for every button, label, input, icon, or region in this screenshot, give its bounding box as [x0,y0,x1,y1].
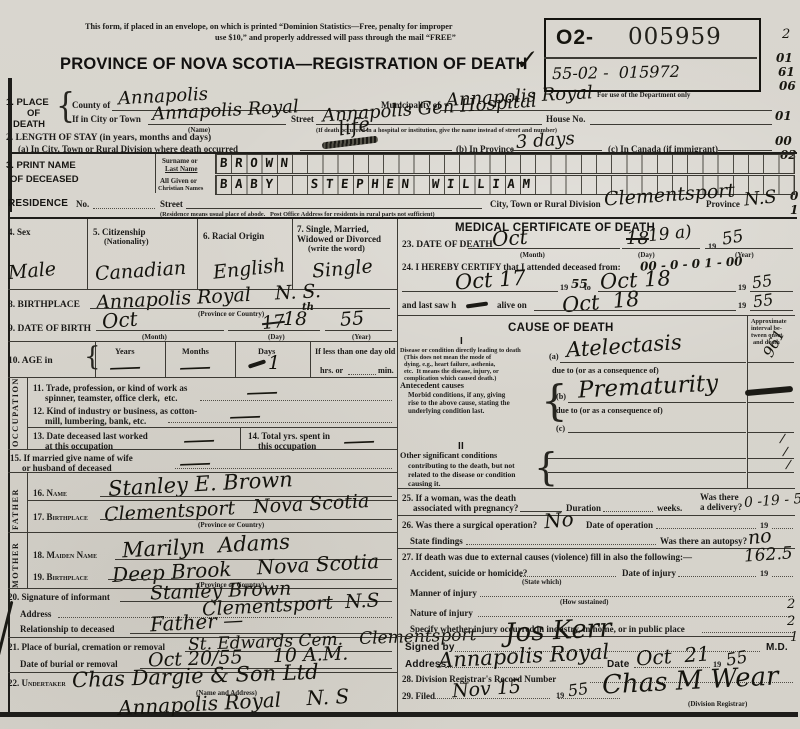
marital-value: Single [311,257,373,281]
dob-year-value: 55 [339,309,364,330]
rule [718,150,772,151]
age-months-value: — [177,359,214,376]
rule [402,291,558,292]
rule [747,472,794,473]
cause-c-label: (c) [556,424,565,434]
rule [534,310,736,311]
racial-origin-value: English [212,256,286,282]
rule [325,330,392,331]
last-saw-scribble [466,301,488,308]
rule [512,150,602,151]
undertaker-label: 22. Undertaker [8,678,66,689]
dob-label: 9. DATE OF BIRTH [8,324,91,335]
q15-value-dash: — [177,455,214,472]
q14-label2: this occupation [258,441,316,452]
s1-title-death: DEATH [13,119,45,130]
other-conditions-label: Other significant conditions [400,451,497,461]
age-years-value: — [107,359,144,376]
rule [747,458,794,459]
stamp-handwritten-number: 55-02 - 015972 [552,64,680,82]
rule [155,154,156,193]
rule [397,548,795,549]
other-conditions-line3: related to the disease or condition [408,470,515,479]
rule [27,532,28,588]
given-sublabel2: Christian Names [158,185,203,193]
age-less-than-day-label: If less than one day old [315,347,395,357]
q26-autopsy-label: Was there an autopsy? [660,536,747,547]
rule [27,472,28,532]
division-registrar-signature: Chas M Wear [601,663,779,698]
margin-code: 06 [779,80,796,92]
q27-state-which-note: (State which) [522,578,561,586]
age-days-value: 1 [268,354,280,373]
street-label: Street [291,114,314,125]
last-saw-year-printed: 19 [738,301,746,311]
q26-label: 26. Was there a surgical operation? [402,520,537,531]
margin-tick [782,447,789,457]
rule [200,400,392,401]
citizenship-sublabel: (Nationality) [104,237,149,247]
attended-to-year-value: 55 [751,273,773,292]
q27-label: 27. If death was due to external causes … [402,552,692,563]
q25-label2: associated with pregnancy? [413,503,518,514]
burial-place-label: 21. Place of burial, cremation or remova… [8,642,165,653]
rule [590,124,772,125]
residence-street-label: Street [160,199,183,210]
marital-label3: (write the word) [308,244,365,254]
surname-value: BROWN [219,157,296,170]
s3-title1: 3. PRINT NAME [6,160,76,171]
stray-pen-mark [0,601,13,670]
other-conditions-line2: contributing to the death, but not [408,461,515,470]
rule [560,362,746,363]
checkmark: ✓ [512,47,537,76]
rule [397,488,795,489]
birthplace-label: 8. BIRTHPLACE [8,300,80,311]
rule [656,528,756,529]
cause-roman-one: I [460,336,463,347]
margin-tick [785,460,792,470]
q26-findings-label: State findings [410,536,463,547]
last-saw-year-value: 55 [752,292,774,311]
cause-b-value: Prematurity [577,372,718,402]
rule [292,219,293,289]
father-side-label: FATHER [11,478,21,530]
last-saw-label: and last saw h [402,300,456,311]
dod-month-note: (Month) [520,251,545,259]
residence-province-label: Province [706,199,740,210]
dod-day-value: 19 a) [647,224,692,245]
interval-header4: and death [753,339,780,347]
mail-notice-line1: This form, if placed in an envelope, on … [85,22,453,32]
age-months-label: Months [182,347,209,357]
dob-day-superscript: th [302,303,314,313]
other-conditions-brace: { [534,448,558,486]
rule [548,472,746,473]
rule [397,515,795,516]
mother-maiden-label: 18. Maiden Name [33,550,97,561]
rule [468,248,620,249]
informant-address-label: Address [20,609,51,620]
rule [348,374,376,375]
rule [186,208,482,209]
rule [568,402,746,403]
age-min-label: min. [378,366,394,376]
birthplace-note: (Province or Country) [198,310,264,318]
q27-injury-year-printed: 19 [760,569,768,579]
attended-to-year-printed: 19 [738,283,746,293]
relationship-value: Father — [150,610,244,635]
rule [445,667,603,668]
rule [235,341,236,377]
rule [8,449,397,450]
rule [603,511,653,512]
q12-value-dash: — [227,408,264,425]
heavy-rule [8,217,797,219]
mother-birthplace-label: 19. Birthplace [33,572,88,583]
cause-b-label: (b) [556,392,566,402]
q25-weeks-label: weeks. [657,503,682,514]
rule [168,422,392,423]
county-label: County of [72,100,110,111]
occupation-side-label: OCCUPATION [11,381,21,447]
last-saw-date-value: Oct 18 [561,289,640,317]
s1-title-of: OF [27,108,40,119]
house-no-label: House No. [546,114,586,125]
stamp-caption: For use of the Department only [597,91,690,99]
rule [27,427,397,428]
rule [87,219,88,289]
rule [240,427,241,449]
age-brace: { [84,344,101,370]
informant-label: 20. Signature of informant [8,592,110,603]
margin-code: 2 [787,598,795,611]
rule [568,432,746,433]
rule [435,698,550,699]
margin-code: 01 [776,52,793,64]
margin-code: 2 [782,28,790,41]
rule [622,248,700,249]
q13-label2: at this occupation [45,441,113,452]
rule [466,544,656,545]
rule [772,576,793,577]
relationship-label: Relationship to deceased [20,624,115,635]
stay-b-value: 3 days [515,130,575,152]
antecedent-label: Antecedent causes [400,381,464,391]
rule [100,519,392,520]
stamp-box-divider [544,57,757,59]
q27-manner-label: Manner of injury [410,588,477,599]
margin-code: 1 [790,204,798,216]
rule [197,219,198,289]
age-years-label: Years [115,347,135,357]
q27-code: 162.5 [743,545,793,565]
dod-year-value: 55 [721,228,745,248]
q25-delivery-value: 0 -19 - 5 [744,492,800,510]
rule [93,208,155,209]
dod-month-value: Oct [491,227,528,249]
cause-due2-label: due to (or as a consequence of) [556,406,663,416]
rule [8,341,397,342]
rule [310,341,311,377]
cause-a-value: Atelectasis [565,332,682,361]
q11-label2: spinner, teamster, office clerk, etc. [45,393,178,404]
margin-code: 01 [775,110,792,122]
q14-value-dash: — [341,433,378,450]
antecedent-line4: underlying condition last. [408,407,484,415]
father-name-label: 16. Name [33,488,67,499]
city-or-town-value: Annapolis Royal [152,98,300,124]
margin-tick [779,434,786,444]
rule [702,632,793,633]
filed-year-printed: 19 [556,691,564,701]
residence-province-value: N.S [743,188,777,209]
cause-b-interval-scrawl [745,386,793,396]
rule [27,378,28,449]
cause-a-label: (a) [549,352,559,362]
attended-from-year-printed: 19 [560,283,568,293]
q27-accident-label: Accident, suicide or homicide? [410,568,527,579]
father-birthplace-label: 17. Birthplace [33,512,88,523]
rule [747,362,794,363]
rule [772,528,793,529]
surname-letter-boxes: BROWN [215,154,795,174]
other-conditions-line4: causing it. [408,479,441,488]
rule [8,532,397,533]
rule [8,377,397,378]
rule [96,330,224,331]
given-name-value: BABY STEPHEN WILLIAM [219,178,538,191]
residence-city-label: City, Town or Rural Division [490,199,601,210]
margin-code: 61 [778,66,795,78]
q26-operation-value: No [543,509,574,531]
q27-date-of-injury-label: Date of injury [622,568,676,579]
surname-sublabel2: Last Name [165,165,197,173]
q13-value-dash: — [181,432,218,449]
q26-date-label: Date of operation [586,520,653,531]
rule [228,330,320,331]
s1-title-place: 1. PLACE [6,97,49,108]
rule [165,341,166,377]
stamp-prefix: O2- [556,26,594,50]
sex-label: 4. Sex [8,227,31,238]
age-label: 10. AGE in [8,356,53,367]
mother-side-label: MOTHER [11,538,21,588]
q25-delivery-label2: a delivery? [700,502,742,513]
sex-value: Male [7,260,57,283]
rule [520,576,616,577]
q27-nature-label: Nature of injury [410,608,473,619]
length-of-stay-label: 2. LENGTH OF STAY (in years, months and … [6,133,211,144]
age-days-pen-stroke [248,359,266,368]
alive-on-label: alive on [497,300,527,311]
margin-code: 00 [775,135,792,147]
rule [747,402,794,403]
rule [548,458,746,459]
father-birthplace-note: (Province or Country) [198,521,264,529]
division-registrar-note: (Division Registrar) [688,700,747,708]
age-hrs-label: hrs. or [320,366,343,376]
racial-origin-label: 6. Racial Origin [203,231,264,242]
residence-no-label: No. [76,199,89,210]
s3-title2: OF DECEASED [10,174,79,185]
rule [678,576,756,577]
rule [397,315,795,316]
q11-value-dash: — [244,384,281,401]
stamp-serial: 005959 [628,24,722,50]
md-label: M.D. [766,642,788,653]
rule [747,432,794,433]
citizenship-value: Canadian [94,259,186,284]
dod-label: 23. DATE OF DEATH [402,240,493,251]
filed-label: 29. Filed [402,691,435,702]
rule [705,248,793,249]
mail-notice-line2: use $10,” and properly addressed will pa… [215,33,456,43]
q12-label2: mill, lumbering, bank, etc. [45,416,146,427]
dod-day-struck: 18 [626,230,649,248]
rule [300,150,452,151]
residence-label: RESIDENCE [8,198,68,209]
stay-a-value: life [337,113,372,138]
dod-year-printed: 19 [708,242,716,252]
rule [480,596,793,597]
filed-year-value: 55 [567,681,589,700]
rule [750,310,793,311]
cause-of-death-header: CAUSE OF DEATH [508,322,614,335]
dob-month-value: Oct [101,308,138,331]
q27-how-sustained-note: (How sustained) [560,598,608,606]
rule [148,124,286,125]
attended-from-value: Oct 17 [454,268,526,294]
death-registration-form: This form, if placed in an envelope, on … [0,0,800,729]
city-or-town-label: If in City or Town [72,114,141,125]
form-title: PROVINCE OF NOVA SCOTIA—REGISTRATION OF … [60,55,528,73]
